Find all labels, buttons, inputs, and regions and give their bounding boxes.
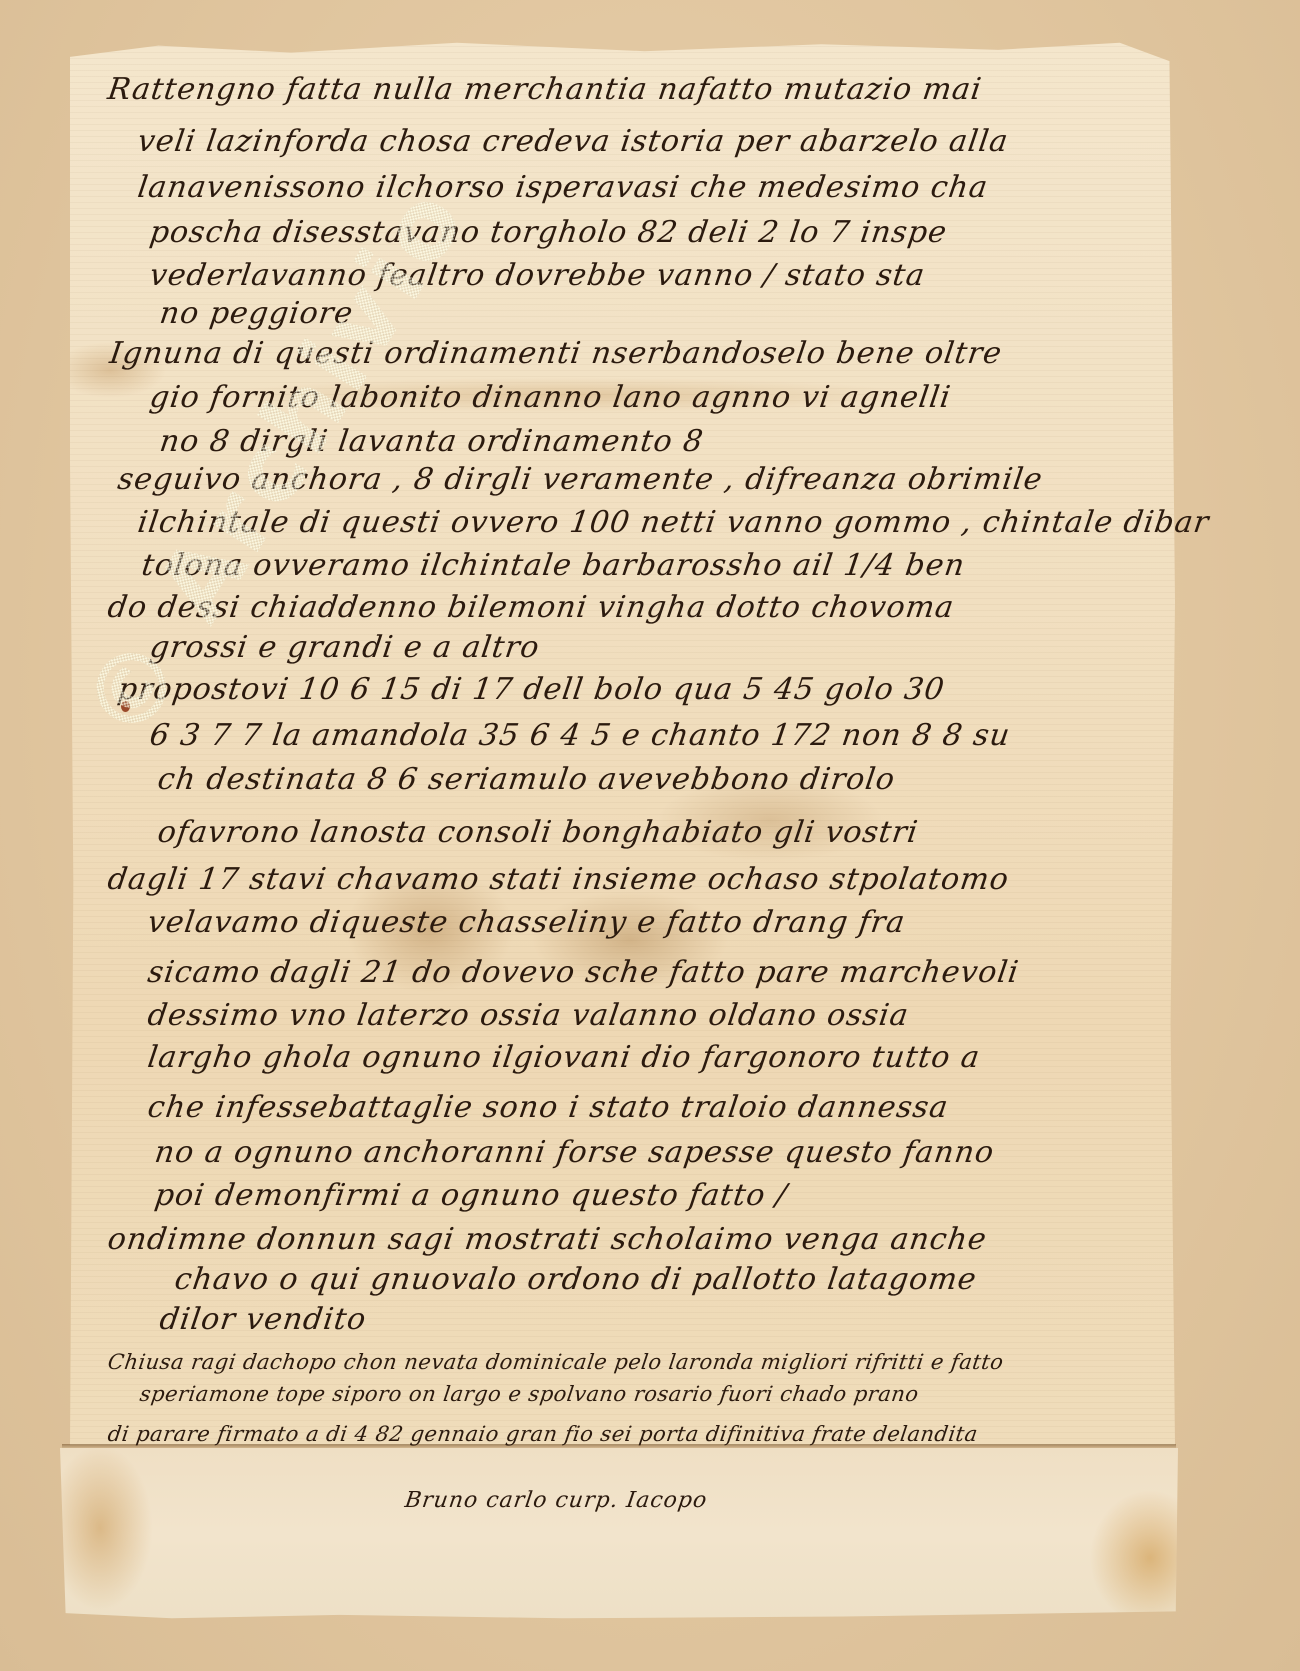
manuscript-sheet <box>70 40 1175 1445</box>
ink-stain <box>121 701 130 712</box>
fold-line <box>62 1444 1176 1448</box>
manuscript-folded-flap <box>60 1448 1178 1620</box>
